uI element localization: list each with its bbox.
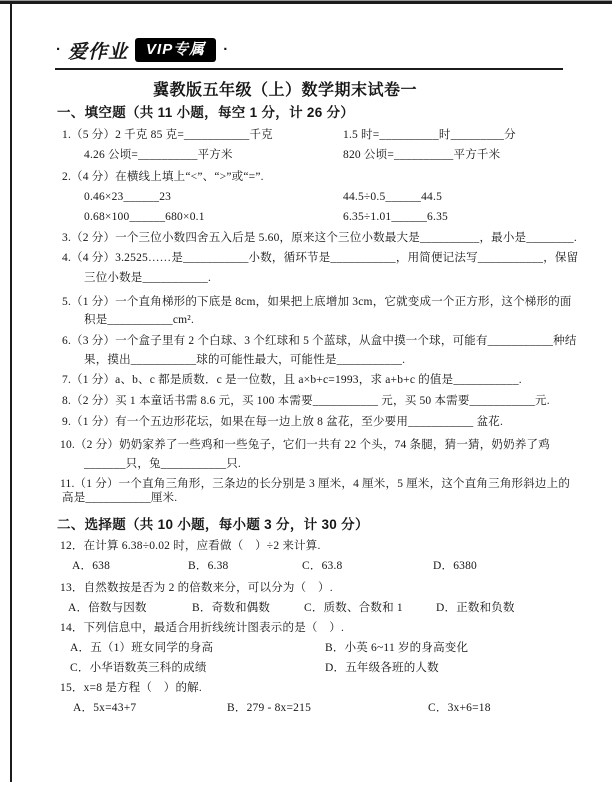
q14-option-c: C．小华语数英三科的成绩 [70,662,207,674]
q12-option-c: C．63.8 [302,559,343,574]
q2-line1-left: 0.46×23______23 [84,191,171,203]
q1-line1-left: 1.（5 分）2 千克 85 克=___________千克 [62,129,273,141]
q15-option-b: B．279 - 8x=215 [227,701,311,716]
q8-stem: 8.（2 分）买 1 本童话书需 8.6 元，买 100 本需要________… [62,394,550,411]
q6-line1: 6.（3 分）一个盒子里有 2 个白球、3 个红球和 5 个蓝球，从盒中摸一个球… [62,334,577,351]
q14-options-row-2: C．小华语数英三科的成绩 D．五年级各班的人数 [70,661,592,678]
q13-option-c: C．质数、合数和 1 [304,601,403,616]
q1-line1: 1.（5 分）2 千克 85 克=___________千克 1.5 时=___… [62,128,602,145]
q12-option-a: A．638 [72,559,110,574]
q5-line1: 5.（1 分）一个直角梯形的下底是 8cm，如果把上底增加 3cm，它就变成一个… [62,295,572,312]
q10-line1: 10.（2 分）奶奶家养了一些鸡和一些兔子，它们一共有 22 个头，74 条腿，… [60,438,550,455]
q12-options-row: A．638 B．6.38 C．63.8 D．6380 [72,559,592,576]
brand-name: 爱作业 [68,37,128,64]
header-divider [55,68,563,70]
q2-line1: 0.46×23______23 44.5÷0.5______44.5 [84,190,602,207]
brand-logo: · 爱作业 VIP专属 · [56,37,228,63]
q2-line2-left: 0.68×100______680×0.1 [84,211,205,223]
q13-option-d: D．正数和负数 [436,601,515,616]
q9-stem: 9.（1 分）有一个五边形花坛，如果在每一边上放 8 盆花，至少要用______… [62,415,503,432]
q12-stem: 12．在计算 6.38÷0.02 时，应看做（ ）÷2 来计算. [60,539,321,556]
page-title: 冀教版五年级（上）数学期末试卷一 [0,77,570,100]
q15-option-a: A．5x=43+7 [73,701,136,716]
q7-stem: 7.（1 分）a、b、c 都是质数．c 是一位数，且 a×b+c=1993，求 … [62,373,522,390]
q12-option-d: D．6380 [433,559,477,574]
q14-option-d: D．五年级各班的人数 [325,661,439,676]
brand-right-dot: · [223,37,228,63]
q14-options-row-1: A．五（1）班女同学的身高 B．小英 6~11 岁的身高变化 [70,641,592,658]
q2-line1-right: 44.5÷0.5______44.5 [343,190,442,205]
q5-line2: 积是___________cm². [84,313,194,330]
q6-line2: 果，摸出___________球的可能性最大，可能性是___________. [84,353,405,370]
q15-stem: 15．x=8 是方程（ ）的解. [60,681,202,698]
q2-stem: 2.（4 分）在横线上填上“<”、“>”或“=”. [62,170,264,187]
q12-option-b: B．6.38 [188,559,229,574]
q1-line2: 4.26 公顷=__________平方米 820 公顷=__________平… [84,148,602,165]
q11-line2: 高是___________厘米. [62,491,177,508]
exam-paper-page: · 爱作业 VIP专属 · 冀教版五年级（上）数学期末试卷一 一、填空题（共 1… [0,0,612,794]
q3-stem: 3.（2 分）一个三位小数四舍五入后是 5.60，原来这个三位小数最大是____… [62,231,577,248]
q4-line2: 三位小数是___________. [84,271,211,288]
q13-option-a: A．倍数与因数 [68,601,147,616]
vip-badge: VIP专属 [135,38,216,62]
section-choice-heading: 二、选择题（共 10 小题，每小题 3 分，计 30 分） [57,513,369,533]
page-top-border [0,1,612,4]
q15-options-row: A．5x=43+7 B．279 - 8x=215 C．3x+6=18 [73,701,593,718]
q2-line2: 0.68×100______680×0.1 6.35÷1.01______6.3… [84,210,602,227]
brand-left-dot: · [56,37,61,63]
q10-line2: _______只，兔___________只. [84,457,241,474]
q2-line2-right: 6.35÷1.01______6.35 [343,210,448,225]
q13-option-b: B．奇数和偶数 [192,601,270,616]
q4-line1: 4.（4 分）3.2525……是___________小数，循环节是______… [62,251,578,268]
q1-line1-right: 1.5 时=__________时_________分 [343,128,516,143]
q13-options-row: A．倍数与因数 B．奇数和偶数 C．质数、合数和 1 D．正数和负数 [68,601,592,618]
page-left-border [10,4,12,782]
q1-line2-right: 820 公顷=__________平方千米 [343,148,500,163]
q14-option-a: A．五（1）班女同学的身高 [70,642,213,654]
q1-line2-left: 4.26 公顷=__________平方米 [84,149,233,161]
section-fill-heading: 一、填空题（共 11 小题，每空 1 分，计 26 分） [57,101,354,121]
q13-stem: 13．自然数按是否为 2 的倍数来分，可以分为（ ）. [60,581,333,598]
q15-option-c: C．3x+6=18 [428,701,491,716]
q14-stem: 14．下列信息中，最适合用折线统计图表示的是（ ）. [60,621,344,638]
q14-option-b: B．小英 6~11 岁的身高变化 [325,641,468,656]
